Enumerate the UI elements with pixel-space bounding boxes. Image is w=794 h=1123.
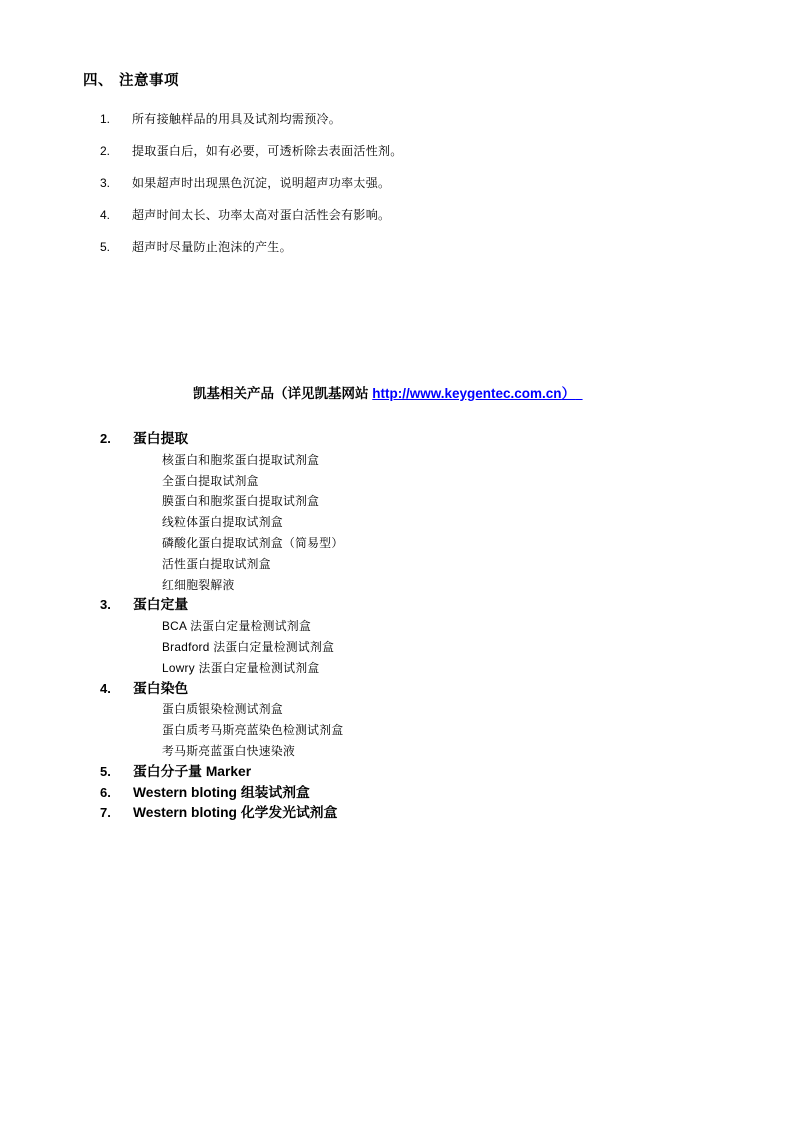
product-section-number: 5. bbox=[100, 762, 133, 783]
product-section-number: 2. bbox=[100, 429, 133, 450]
keygentec-link[interactable]: http://www.keygentec.com.cn） bbox=[372, 386, 582, 401]
product-item: 核蛋白和胞浆蛋白提取试剂盒 bbox=[100, 450, 700, 471]
note-item: 3. 如果超声时出现黑色沉淀，说明超声功率太强。 bbox=[100, 167, 660, 199]
product-list: 2. 蛋白提取 核蛋白和胞浆蛋白提取试剂盒 全蛋白提取试剂盒 膜蛋白和胞浆蛋白提… bbox=[100, 429, 700, 824]
keygentec-link-url[interactable]: http://www.keygentec.com.cn bbox=[372, 386, 561, 401]
note-number: 3. bbox=[100, 167, 132, 199]
product-section-row: 5. 蛋白分子量 Marker bbox=[100, 762, 700, 783]
product-section-row: 3. 蛋白定量 bbox=[100, 595, 700, 616]
note-text: 超声时尽量防止泡沫的产生。 bbox=[132, 231, 292, 263]
product-item: 线粒体蛋白提取试剂盒 bbox=[100, 512, 700, 533]
note-item: 2. 提取蛋白后，如有必要，可透析除去表面活性剂。 bbox=[100, 135, 660, 167]
product-section-title: 蛋白定量 bbox=[133, 595, 188, 616]
product-item: 蛋白质考马斯亮蓝染色检测试剂盒 bbox=[100, 720, 700, 741]
product-section-row: 4. 蛋白染色 bbox=[100, 679, 700, 700]
note-text: 提取蛋白后，如有必要，可透析除去表面活性剂。 bbox=[132, 135, 403, 167]
product-section-number: 3. bbox=[100, 595, 133, 616]
product-section-number: 7. bbox=[100, 803, 133, 824]
note-text: 如果超声时出现黑色沉淀，说明超声功率太强。 bbox=[132, 167, 390, 199]
product-section-number: 4. bbox=[100, 679, 133, 700]
note-number: 1. bbox=[100, 103, 132, 135]
product-item: 红细胞裂解液 bbox=[100, 575, 700, 596]
note-list: 1. 所有接触样品的用具及试剂均需预冷。 2. 提取蛋白后，如有必要，可透析除去… bbox=[100, 103, 660, 263]
product-item: BCA 法蛋白定量检测试剂盒 bbox=[100, 616, 700, 637]
product-item: 蛋白质银染检测试剂盒 bbox=[100, 699, 700, 720]
product-item: Lowry 法蛋白定量检测试剂盒 bbox=[100, 658, 700, 679]
note-number: 4. bbox=[100, 199, 132, 231]
note-text: 所有接触样品的用具及试剂均需预冷。 bbox=[132, 103, 341, 135]
product-section-title: Western bloting 组装试剂盒 bbox=[133, 783, 310, 804]
product-item: Bradford 法蛋白定量检测试剂盒 bbox=[100, 637, 700, 658]
product-item: 全蛋白提取试剂盒 bbox=[100, 471, 700, 492]
note-item: 4. 超声时间太长、功率太高对蛋白活性会有影响。 bbox=[100, 199, 660, 231]
product-section-number: 6. bbox=[100, 783, 133, 804]
product-item: 磷酸化蛋白提取试剂盒（简易型） bbox=[100, 533, 700, 554]
product-item: 膜蛋白和胞浆蛋白提取试剂盒 bbox=[100, 491, 700, 512]
product-item: 考马斯亮蓝蛋白快速染液 bbox=[100, 741, 700, 762]
products-title-suffix[interactable]: ） bbox=[562, 386, 576, 401]
product-section-title: 蛋白分子量 Marker bbox=[133, 762, 251, 783]
product-section-title: Western bloting 化学发光试剂盒 bbox=[133, 803, 337, 824]
note-number: 2. bbox=[100, 135, 132, 167]
product-section-row: 7. Western bloting 化学发光试剂盒 bbox=[100, 803, 700, 824]
product-item: 活性蛋白提取试剂盒 bbox=[100, 554, 700, 575]
product-section-title: 蛋白提取 bbox=[133, 429, 188, 450]
note-item: 5. 超声时尽量防止泡沫的产生。 bbox=[100, 231, 660, 263]
section-heading-text: 注意事项 bbox=[119, 73, 179, 89]
product-section-row: 2. 蛋白提取 bbox=[100, 429, 700, 450]
products-title: 凯基相关产品（详见凯基网站 http://www.keygentec.com.c… bbox=[193, 382, 583, 402]
note-number: 5. bbox=[100, 231, 132, 263]
section-heading: 四、注意事项 bbox=[83, 69, 179, 90]
document-page: 四、注意事项 1. 所有接触样品的用具及试剂均需预冷。 2. 提取蛋白后，如有必… bbox=[0, 0, 794, 1123]
note-text: 超声时间太长、功率太高对蛋白活性会有影响。 bbox=[132, 199, 390, 231]
products-title-prefix: 凯基相关产品（详见凯基网站 bbox=[193, 386, 372, 401]
note-item: 1. 所有接触样品的用具及试剂均需预冷。 bbox=[100, 103, 660, 135]
product-section-row: 6. Western bloting 组装试剂盒 bbox=[100, 783, 700, 804]
section-heading-number: 四、 bbox=[83, 73, 113, 89]
product-section-title: 蛋白染色 bbox=[133, 679, 188, 700]
